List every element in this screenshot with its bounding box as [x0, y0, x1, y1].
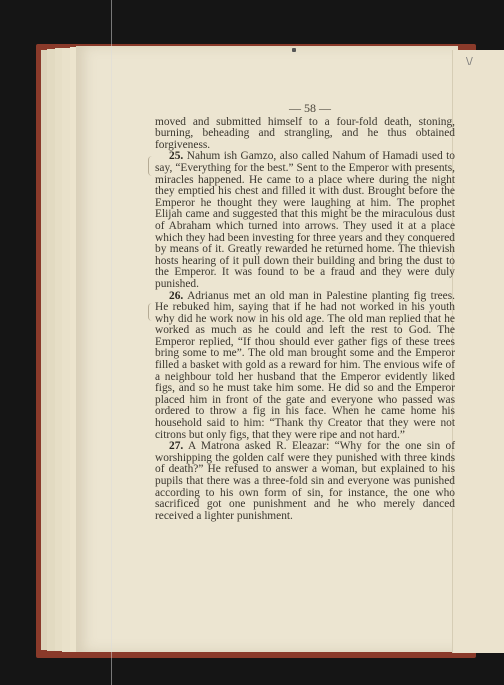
paragraph-number: 27.: [169, 440, 183, 452]
pencil-mark: \/: [466, 56, 473, 67]
binding-mark: [292, 48, 296, 52]
paragraph-26: 26. Adrianus met an old man in Palestine…: [155, 291, 455, 442]
paragraph-text: Adrianus met an old man in Palestine pla…: [155, 290, 455, 441]
paragraph-text: A Matrona asked R. Eleazar: “Why for the…: [155, 440, 455, 522]
scan-guide-line: [111, 0, 112, 685]
page-number: — 58 —: [155, 103, 455, 115]
paragraph-25: 25. Nahum ish Gamzo, also called Nahum o…: [155, 151, 455, 290]
margin-pencil-mark: [148, 156, 153, 176]
paragraph-text: Nahum ish Gamzo, also called Nahum of Ha…: [155, 150, 455, 290]
book-scan: \/ — 58 — moved and submitted himself to…: [0, 0, 504, 685]
paragraph-number: 26.: [169, 290, 183, 302]
paragraph-number: 25.: [169, 150, 183, 162]
page-text: — 58 — moved and submitted himself to a …: [155, 103, 455, 522]
paragraph-27: 27. A Matrona asked R. Eleazar: “Why for…: [155, 441, 455, 522]
paragraph-text: moved and submitted himself to a four-fo…: [155, 116, 455, 151]
right-page-edge: [452, 50, 504, 653]
margin-pencil-mark: [148, 303, 153, 321]
paragraph-continued: moved and submitted himself to a four-fo…: [155, 117, 455, 152]
